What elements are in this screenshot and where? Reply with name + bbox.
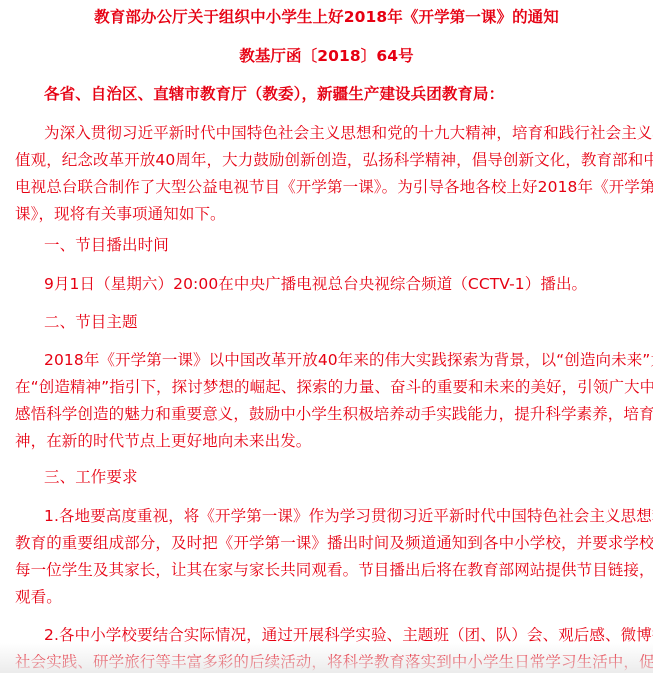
section1-body: 9月1日（星期六）20:00在中央广播电视总台央视综合频道（CCTV-1）播出。 [44, 274, 653, 294]
salutation: 各省、自治区、直辖市教育厅（教委），新疆生产建设兵团教育局： [44, 84, 653, 104]
document-number: 教基厅函〔2018〕64号 [0, 46, 653, 66]
section2-body-line: 神，在新的时代节点上更好地向未来出发。 [15, 431, 640, 451]
section3-item1-line: 1.各地要高度重视，将《开学第一课》作为学习贯彻习近平新时代中国特色社会主义思想… [44, 506, 653, 526]
intro-line: 为深入贯彻习近平新时代中国特色社会主义思想和党的十九大精神，培育和践行社会主义核… [44, 123, 653, 143]
section2-heading: 二、节目主题 [44, 312, 653, 332]
section2-body-line: 在“创造精神”指引下，探讨梦想的崛起、探索的力量、奋斗的重要和未来的美好，引领广… [15, 377, 640, 397]
section1-heading: 一、节目播出时间 [44, 235, 653, 255]
section3-item1-line: 每一位学生及其家长，让其在家与家长共同观看。节目播出后将在教育部网站提供节目链接… [15, 560, 640, 580]
intro-line: 值观，纪念改革开放40周年，大力鼓励创新创造，弘扬科学精神，倡导创新文化，教育部… [15, 150, 640, 170]
section3-item1-line: 教育的重要组成部分，及时把《开学第一课》播出时间及频道通知到各中小学校，并要求学… [15, 533, 640, 553]
section3-item2-line: 社会实践、研学旅行等丰富多彩的后续活动，将科学教育落实到中小学生日常学习生活中，… [15, 652, 640, 672]
section2-body-line: 感悟科学创造的魅力和重要意义，鼓励中小学生积极培养动手实践能力，提升科学素养，培… [15, 404, 640, 424]
section3-item1-line: 观看。 [15, 587, 640, 607]
section3-heading: 三、工作要求 [44, 467, 653, 487]
section3-item2-line: 2.各中小学校要结合实际情况，通过开展科学实验、主题班（团、队）会、观后感、微博… [44, 625, 653, 645]
document-title: 教育部办公厅关于组织中小学生上好2018年《开学第一课》的通知 [0, 7, 653, 27]
intro-line: 电视总台联合制作了大型公益电视节目《开学第一课》。为引导各地各校上好2018年《… [15, 177, 640, 197]
intro-line: 课》，现将有关事项通知如下。 [15, 204, 640, 224]
section2-body-line: 2018年《开学第一课》以中国改革开放40年来的伟大实践探索为背景，以“创造向未… [44, 350, 653, 370]
